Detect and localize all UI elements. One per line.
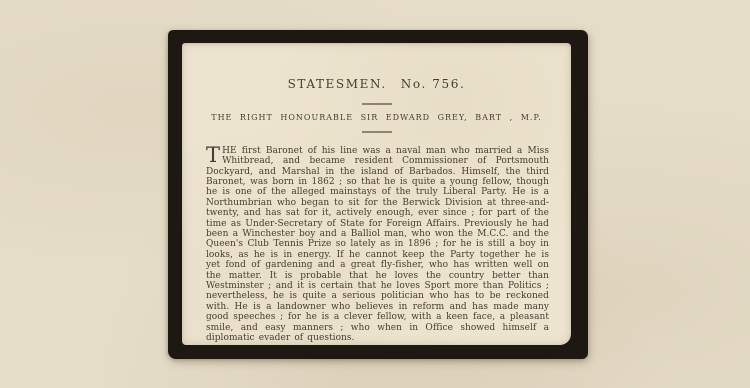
series-title-line: STATESMEN.No. 756.: [182, 78, 571, 90]
biography-body-text: HE first Baronet of his line was a naval…: [206, 146, 549, 343]
scan-background: { "colors": { "background": "#e6ddc9", "…: [0, 0, 750, 388]
framed-plate: STATESMEN.No. 756. THE RIGHT HONOURABLE …: [168, 30, 588, 359]
drop-cap: T: [206, 146, 222, 164]
series-number: No. 756.: [401, 77, 466, 91]
divider-rule-top: [362, 103, 392, 105]
letterpress-page: STATESMEN.No. 756. THE RIGHT HONOURABLE …: [182, 43, 571, 345]
subject-heading: THE RIGHT HONOURABLE SIR EDWARD GREY, BA…: [182, 114, 571, 123]
page-header: STATESMEN.No. 756. THE RIGHT HONOURABLE …: [182, 43, 571, 133]
series-title: STATESMEN.: [288, 77, 387, 91]
biography-paragraph: THE first Baronet of his line was a nava…: [206, 146, 549, 344]
divider-rule-bottom: [362, 131, 392, 133]
